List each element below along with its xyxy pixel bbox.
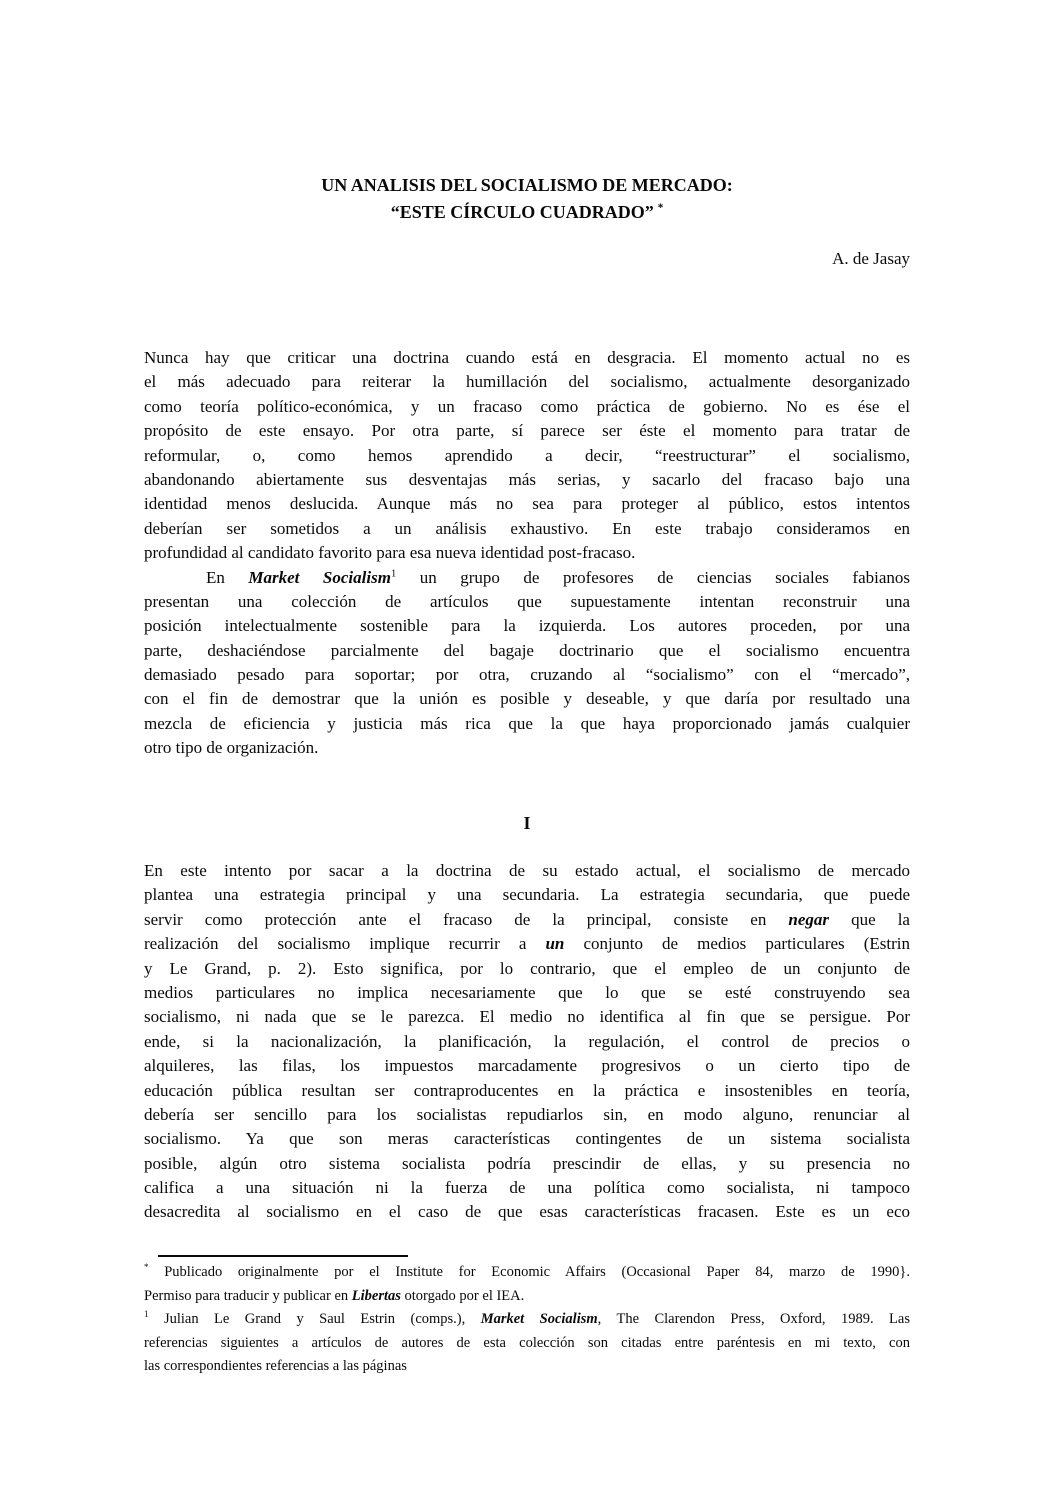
footnote-separator-rule [158,1255,408,1257]
text-segment: Nunca hay que criticar una doctrina cuan… [144,348,910,367]
text-line: desacredita al socialismo en el caso de … [144,1200,910,1224]
text-line: como teoría político-económica, y un fra… [144,395,910,419]
document-page: UN ANALISIS DEL SOCIALISMO DE MERCADO: “… [0,0,1058,1497]
text-line: referencias siguientes a artículos de au… [144,1332,910,1356]
text-segment: socialismo, ni nada que se le parezca. E… [144,1007,910,1026]
text-segment: negar [788,910,829,929]
text-segment: otorgado por el IEA. [401,1288,524,1304]
text-line: ende, si la nacionalización, la planific… [144,1030,910,1054]
text-segment: referencias siguientes a artículos de au… [144,1335,910,1351]
section-heading-numeral: I [144,811,910,835]
text-segment: , The Clarendon Press, Oxford, 1989. Las [598,1311,910,1327]
text-segment: abandonando abiertamente sus desventajas… [144,470,910,489]
author-name: A. de Jasay [144,247,910,271]
text-line: el más adecuado para reiterar la humilla… [144,370,910,394]
text-segment: Market Socialism [248,568,391,587]
document-title-line2: “ESTE CÍRCULO CUADRADO”* [144,199,910,226]
title-footnote-asterisk-marker: * [658,202,664,214]
text-line: 1 Julian Le Grand y Saul Estrin (comps.)… [144,1308,910,1332]
text-segment: califica a una situación ni la fuerza de… [144,1178,910,1197]
text-segment: servir como protección ante el fracaso d… [144,910,788,929]
footnotes: * Publicado originalmente por el Institu… [144,1261,910,1379]
text-segment: deberían ser sometidos a un análisis exh… [144,519,910,538]
text-segment: conjunto de medios particulares (Estrin [564,934,910,953]
text-line: con el fin de demostrar que la unión es … [144,687,910,711]
text-segment: posición intelectualmente sostenible par… [144,616,910,635]
text-segment: Market Socialism [481,1311,598,1327]
text-segment: Publicado originalmente por el Institute… [149,1264,911,1280]
text-line: Nunca hay que criticar una doctrina cuan… [144,346,910,370]
text-line: y Le Grand, p. 2). Esto significa, por l… [144,957,910,981]
text-line: * Publicado originalmente por el Institu… [144,1261,910,1285]
text-segment: medios particulares no implica necesaria… [144,983,910,1002]
text-segment: alquileres, las filas, los impuestos mar… [144,1056,910,1075]
text-line: presentan una colección de artículos que… [144,590,910,614]
body-text-section-intro: Nunca hay que criticar una doctrina cuan… [144,346,910,761]
text-line: posible, algún otro sistema socialista p… [144,1152,910,1176]
text-line: reformular, o, como hemos aprendido a de… [144,444,910,468]
text-line: mezcla de eficiencia y justicia más rica… [144,712,910,736]
text-segment: En este intento por sacar a la doctrina … [144,861,910,880]
text-segment: realización del socialismo implique recu… [144,934,545,953]
text-segment: las correspondientes referencias a las p… [144,1358,407,1374]
text-segment: presentan una colección de artículos que… [144,592,910,611]
text-segment: y Le Grand, p. 2). Esto significa, por l… [144,959,910,978]
text-segment: posible, algún otro sistema socialista p… [144,1154,910,1173]
text-segment: con el fin de demostrar que la unión es … [144,689,910,708]
text-segment: profundidad al candidato favorito para e… [144,543,635,562]
text-line: otro tipo de organización. [144,736,910,760]
text-segment: identidad menos deslucida. Aunque más no… [144,494,910,513]
text-segment: Permiso para traducir y publicar en [144,1288,352,1304]
text-segment: mezcla de eficiencia y justicia más rica… [144,714,910,733]
text-line: debería ser sencillo para los socialista… [144,1103,910,1127]
text-segment: ende, si la nacionalización, la planific… [144,1032,910,1051]
text-line: deberían ser sometidos a un análisis exh… [144,517,910,541]
document-title: UN ANALISIS DEL SOCIALISMO DE MERCADO: “… [144,172,910,226]
text-segment: educación pública resultan ser contrapro… [144,1081,910,1100]
text-segment: reformular, o, como hemos aprendido a de… [144,446,910,465]
text-segment: En [206,568,248,587]
text-line: realización del socialismo implique recu… [144,932,910,956]
text-segment: plantea una estrategia principal y una s… [144,885,910,904]
text-line: En este intento por sacar a la doctrina … [144,859,910,883]
text-segment: otro tipo de organización. [144,738,318,757]
text-segment: Libertas [352,1288,401,1304]
text-line: las correspondientes referencias a las p… [144,1355,910,1379]
text-line: profundidad al candidato favorito para e… [144,541,910,565]
text-segment: el más adecuado para reiterar la humilla… [144,372,910,391]
text-line: califica a una situación ni la fuerza de… [144,1176,910,1200]
body-text-section-one: En este intento por sacar a la doctrina … [144,859,910,1225]
text-line: Permiso para traducir y publicar en Libe… [144,1285,910,1309]
text-line: socialismo. Ya que son meras característ… [144,1127,910,1151]
text-segment: que la [829,910,910,929]
text-segment: un grupo de profesores de ciencias socia… [396,568,910,587]
text-line: En Market Socialism1 un grupo de profeso… [144,566,910,590]
document-title-line1: UN ANALISIS DEL SOCIALISMO DE MERCADO: [144,172,910,199]
text-segment: propósito de este ensayo. Por otra parte… [144,421,910,440]
text-line: servir como protección ante el fracaso d… [144,908,910,932]
text-segment: un [545,934,564,953]
text-segment: socialismo. Ya que son meras característ… [144,1129,910,1148]
text-segment: parte, deshaciéndose parcialmente del ba… [144,641,910,660]
text-line: posición intelectualmente sostenible par… [144,614,910,638]
text-segment: como teoría político-económica, y un fra… [144,397,910,416]
text-line: propósito de este ensayo. Por otra parte… [144,419,910,443]
text-line: alquileres, las filas, los impuestos mar… [144,1054,910,1078]
text-line: abandonando abiertamente sus desventajas… [144,468,910,492]
text-segment: Julian Le Grand y Saul Estrin (comps.), [149,1311,481,1327]
text-segment: desacredita al socialismo en el caso de … [144,1202,910,1221]
text-line: parte, deshaciéndose parcialmente del ba… [144,639,910,663]
text-line: identidad menos deslucida. Aunque más no… [144,492,910,516]
document-title-line2-text: “ESTE CÍRCULO CUADRADO” [391,202,654,222]
text-line: medios particulares no implica necesaria… [144,981,910,1005]
text-segment: demasiado pesado para soportar; por otra… [144,665,910,684]
text-line: demasiado pesado para soportar; por otra… [144,663,910,687]
text-line: educación pública resultan ser contrapro… [144,1079,910,1103]
text-line: plantea una estrategia principal y una s… [144,883,910,907]
text-segment: debería ser sencillo para los socialista… [144,1105,910,1124]
text-line: socialismo, ni nada que se le parezca. E… [144,1005,910,1029]
